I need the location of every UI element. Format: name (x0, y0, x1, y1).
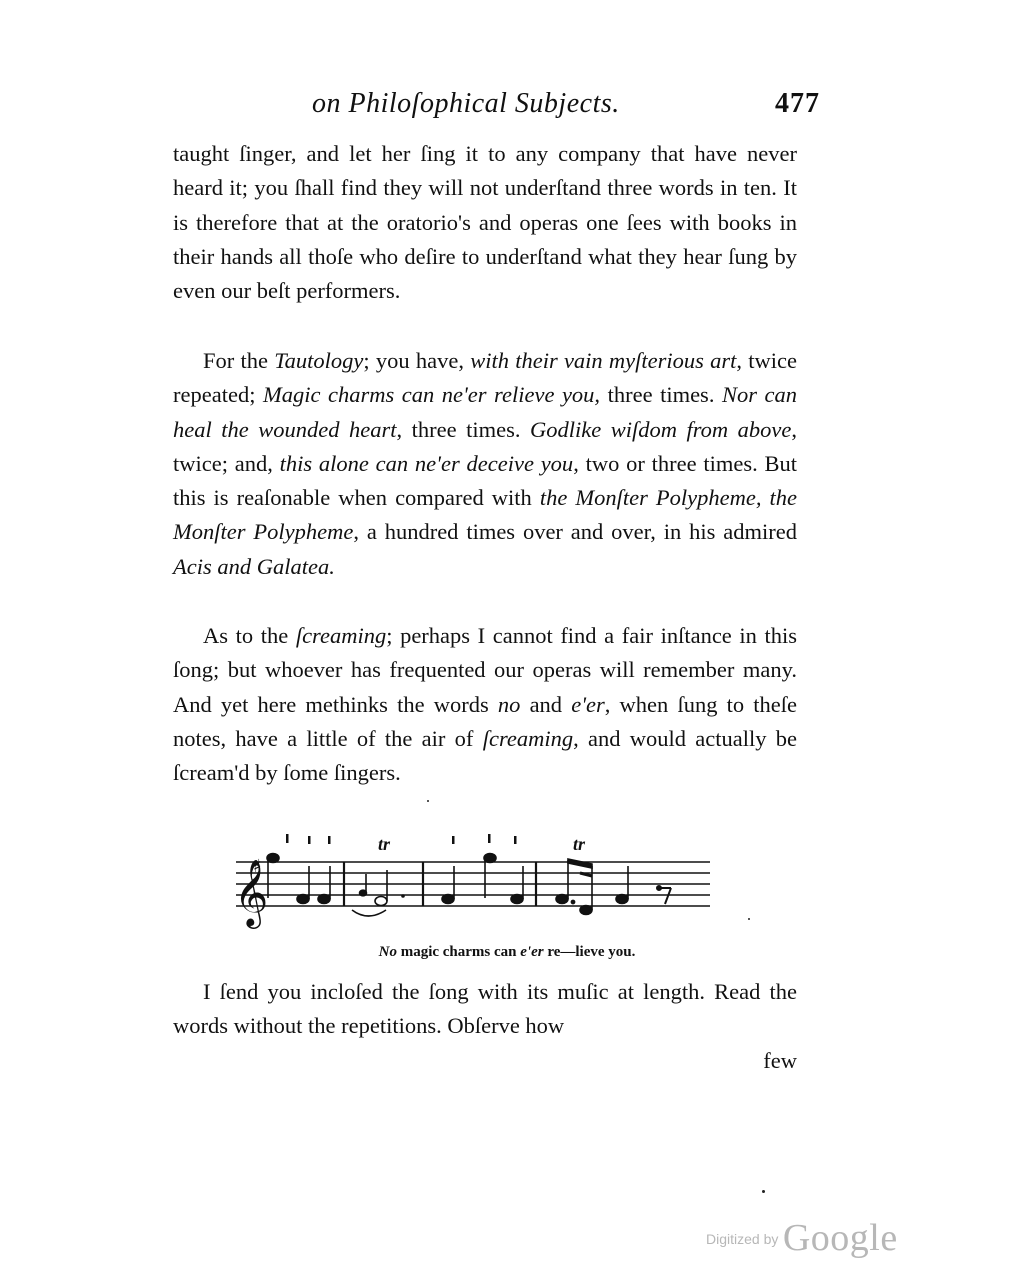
quote-godlike-wisdom: Godlike wiſdom from above (530, 417, 791, 442)
title-acis-and-galatea: Acis and Galatea. (173, 554, 335, 579)
paragraph-3: As to the ſcreaming; perhaps I cannot fi… (173, 619, 797, 790)
paragraph-3-text: As to the ſcreaming; perhaps I cannot fi… (173, 619, 797, 790)
scan-speck (762, 1190, 765, 1193)
emphasis-no: no (498, 692, 521, 717)
emphasis-screaming-2: ſcreaming (483, 726, 573, 751)
emphasis-screaming: ſcreaming (296, 623, 386, 648)
sharp-icon: ♯ (253, 856, 262, 877)
book-page: on Philoſophical Subjects. 477 taught ſi… (0, 0, 1014, 1282)
running-title: on Philoſophical Subjects. (312, 88, 620, 120)
trill-icon: tr (573, 834, 586, 854)
emphasis-tautology: Tautology (274, 348, 363, 373)
digitized-label: Digitized by (706, 1231, 778, 1247)
paragraph-2-text: For the Tautology; you have, with their … (173, 344, 797, 584)
music-caption: No magic charms can e'er re—lieve you. (0, 944, 1014, 961)
treble-clef-icon: 𝄞 (234, 858, 268, 929)
music-notation: 𝄞 ♯ tr tr (228, 830, 718, 930)
page-number: 477 (775, 88, 820, 120)
scan-speck (427, 800, 429, 802)
paragraph-4-text: I ſend you incloſed the ſong with its mu… (173, 975, 797, 1044)
emphasis-eer: e'er (571, 692, 605, 717)
google-logo: Google (783, 1217, 898, 1259)
paragraph-1-text: taught ſinger, and let her ſing it to an… (173, 137, 797, 308)
digitized-by-google-watermark: Digitized by Google (706, 1216, 898, 1260)
quote-magic-charms: Magic charms can ne'er relieve you, (263, 382, 600, 407)
quote-mysterious-art: with their vain myſterious art (470, 348, 736, 373)
paragraph-4: I ſend you incloſed the ſong with its mu… (173, 975, 797, 1078)
running-head: on Philoſophical Subjects. 477 (300, 88, 820, 128)
quote-this-alone: this alone can ne'er deceive you (280, 451, 574, 476)
paragraph-2: For the Tautology; you have, with their … (173, 344, 797, 584)
catchword: few (173, 1044, 797, 1078)
trill-icon: tr (378, 834, 391, 854)
paragraph-1: taught ſinger, and let her ſing it to an… (173, 137, 797, 308)
scan-speck (748, 918, 750, 920)
